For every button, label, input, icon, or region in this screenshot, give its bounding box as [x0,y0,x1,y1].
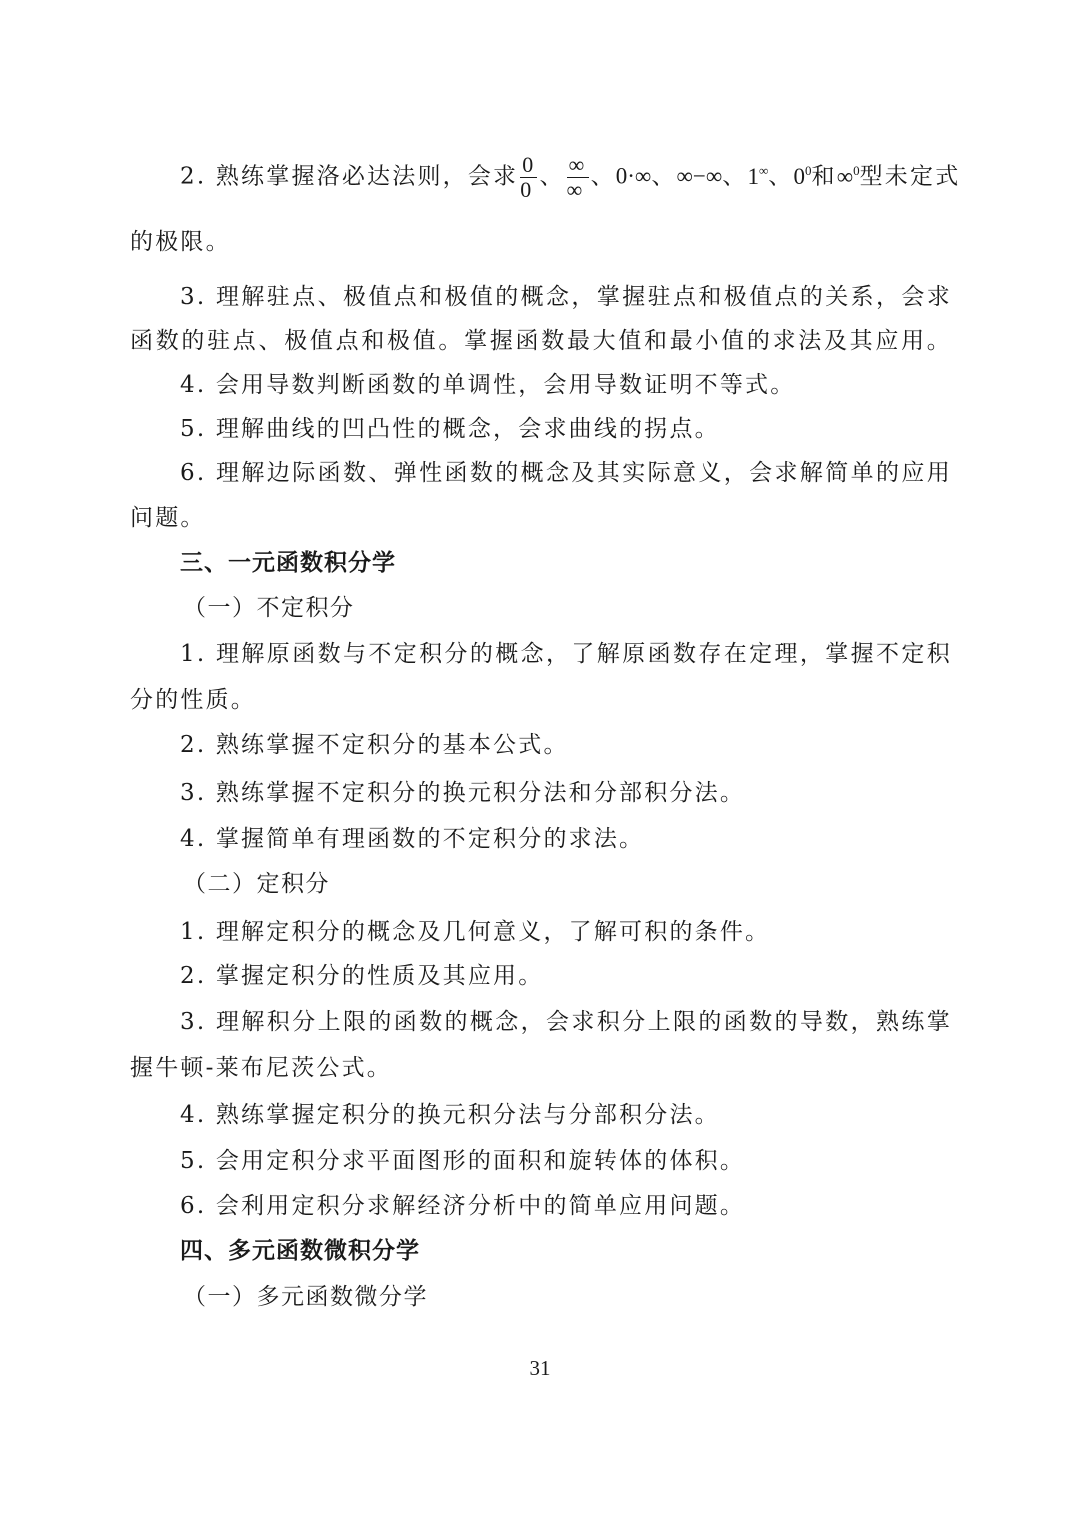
s3p2-item-3-line-2: 握牛顿-莱布尼茨公式。 [130,1053,952,1083]
section-3-heading: 三、一元函数积分学 [180,548,952,578]
form-one-pow-inf: 1∞ [748,164,769,189]
item-6-line-1: 6. 理解边际函数、弹性函数的概念及其实际意义，会求解简单的应用 [180,458,952,488]
section-3-part-2-heading: （二）定积分 [183,869,1005,899]
s3p2-item-2: 2. 掌握定积分的性质及其应用。 [180,961,952,991]
item-3-line-2: 函数的驻点、极值点和极值。掌握函数最大值和最小值的求法及其应用。 [130,326,952,356]
fraction-inf-over-inf: ∞∞ [567,153,589,202]
item-4: 4. 会用导数判断函数的单调性，会用导数证明不等式。 [180,370,952,400]
page-number: 31 [0,1356,1080,1381]
s3p1-item-3: 3. 熟练掌握不定积分的换元积分法和分部积分法。 [180,778,952,808]
section-3-part-1-heading: （一）不定积分 [183,593,1005,623]
form-inf-pow-zero: ∞0 [837,164,860,189]
s3p1-item-2: 2. 熟练掌握不定积分的基本公式。 [180,730,952,760]
s3p2-item-3-line-1: 3. 理解积分上限的函数的概念，会求积分上限的函数的导数，熟练掌 [180,1007,952,1037]
section-4-heading: 四、多元函数微积分学 [180,1236,952,1266]
s3p1-item-1-line-1: 1. 理解原函数与不定积分的概念，了解原函数存在定理，掌握不定积 [180,639,952,669]
item-2-prefix: 2. 熟练掌握洛必达法则，会求 [180,164,518,190]
s3p2-item-5: 5. 会用定积分求平面图形的面积和旋转体的体积。 [180,1146,952,1176]
form-zero-times-inf: 0·∞ [616,164,652,189]
s3p2-item-1: 1. 理解定积分的概念及几何意义，了解可积的条件。 [180,917,952,947]
fraction-zero-over-zero: 00 [520,153,537,202]
section-4-part-1-heading: （一）多元函数微分学 [183,1282,1005,1312]
s3p2-item-6: 6. 会利用定积分求解经济分析中的简单应用问题。 [180,1191,952,1221]
item-6-line-2: 问题。 [130,503,952,533]
s3p2-item-4: 4. 熟练掌握定积分的换元积分法与分部积分法。 [180,1100,952,1130]
form-inf-minus-inf: ∞−∞ [677,164,723,189]
form-zero-pow-zero: 00 [793,164,811,189]
document-page: 2. 熟练掌握洛必达法则，会求00、∞∞、0·∞、∞−∞、1∞、00和∞0型未定… [0,0,1080,1527]
item-2-lhopital: 2. 熟练掌握洛必达法则，会求00、∞∞、0·∞、∞−∞、1∞、00和∞0型未定… [180,153,952,202]
item-2-continuation: 的极限。 [130,227,952,257]
item-5: 5. 理解曲线的凹凸性的概念，会求曲线的拐点。 [180,414,952,444]
s3p1-item-4: 4. 掌握简单有理函数的不定积分的求法。 [180,824,952,854]
s3p1-item-1-line-2: 分的性质。 [130,685,952,715]
item-3-line-1: 3. 理解驻点、极值点和极值的概念，掌握驻点和极值点的关系，会求 [180,282,952,312]
